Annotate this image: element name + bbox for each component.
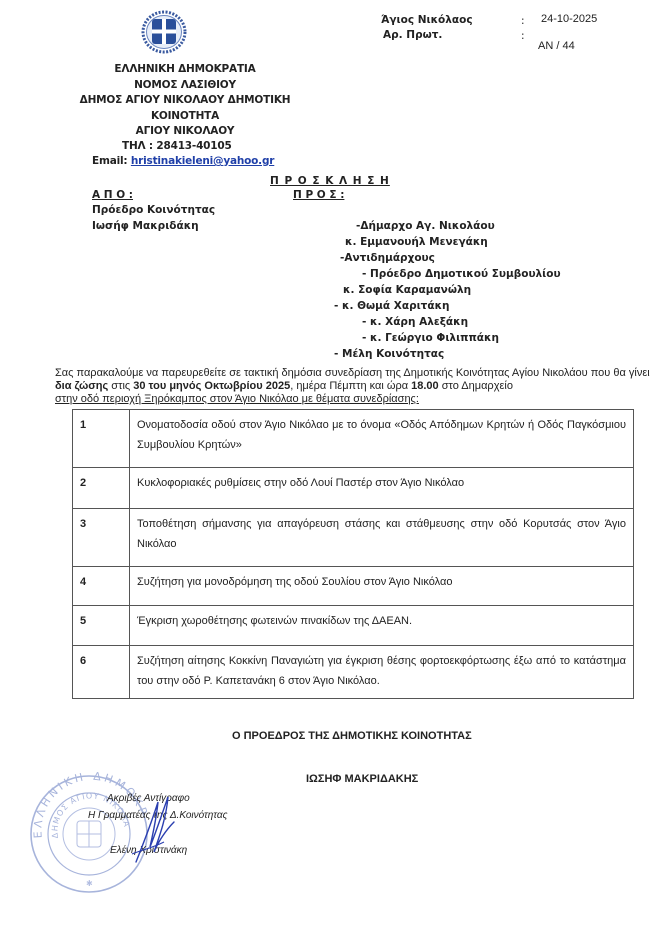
agenda-item-number: 5 — [73, 606, 130, 646]
meeting-location: στην οδό περιοχή Ξηρόκαμπος στον Άγιο Νι… — [55, 393, 419, 405]
svg-text:✱: ✱ — [86, 879, 93, 888]
from-block: Πρόεδρο Κοινότητας Ιωσήφ Μακριδάκη — [92, 203, 215, 234]
agenda-row: 3Τοποθέτηση σήμανσης για απαγόρευση στάσ… — [73, 509, 634, 567]
agenda-row: 2Κυκλοφοριακές ρυθμίσεις στην οδό Λουί Π… — [73, 468, 634, 509]
recipient: κ. Εμμανουήλ Μενεγάκη — [345, 236, 488, 248]
agenda-item-number: 6 — [73, 646, 130, 699]
recipient: - κ. Γεώργιο Φιλιππάκη — [362, 332, 499, 344]
recipient: -Δήμαρχο Αγ. Νικολάου — [356, 220, 495, 232]
agenda-item-number: 2 — [73, 468, 130, 509]
header-line: ΑΓΙΟΥ ΝΙΚΟΛΑΟΥ — [60, 124, 310, 140]
signatory-name: ΙΩΣΗΦ ΜΑΚΡΙΔΑΚΗΣ — [306, 773, 418, 785]
header-line: ΝΟΜΟΣ ΛΑΣΙΘΙΟΥ — [60, 78, 310, 94]
agenda-row: 5Έγκριση χωροθέτησης φωτεινών πινακίδων … — [73, 606, 634, 646]
protocol-separator: : — [521, 30, 525, 42]
agenda-item-number: 3 — [73, 509, 130, 567]
recipient: - Μέλη Κοινότητας — [334, 348, 444, 360]
invitation-paragraph: Σας παρακαλούμε να παρευρεθείτε σε τακτι… — [55, 367, 655, 406]
from-line: Πρόεδρο Κοινότητας — [92, 203, 215, 219]
agenda-row: 6Συζήτηση αίτησης Κοκκίνη Παναγιώτη για … — [73, 646, 634, 699]
header-line: ΚΟΙΝΟΤΗΤΑ — [60, 109, 310, 125]
from-line: Ιωσήφ Μακριδάκη — [92, 219, 215, 235]
header-line: ΔΗΜΟΣ ΑΓΙΟΥ ΝΙΚΟΛΑΟΥ ΔΗΜΟΤΙΚΗ — [60, 93, 310, 109]
agenda-item-text: Κυκλοφοριακές ρυθμίσεις στην οδό Λουί Πα… — [130, 468, 634, 509]
place-label: Άγιος Νικόλαος — [381, 14, 473, 26]
recipient: κ. Σοφία Καραμανώλη — [343, 284, 471, 296]
agenda-item-text: Τοποθέτηση σήμανσης για απαγόρευση στάση… — [130, 509, 634, 567]
issuer-header: ΕΛΛΗΝΙΚΗ ΔΗΜΟΚΡΑΤΙΑ ΝΟΜΟΣ ΛΑΣΙΘΙΟΥ ΔΗΜΟΣ… — [60, 62, 310, 140]
email-label: Email: — [92, 155, 127, 167]
email-link[interactable]: hristinakieleni@yahoo.gr — [131, 155, 274, 167]
recipient: - κ. Χάρη Αλεξάκη — [362, 316, 468, 328]
handwritten-signature-icon — [128, 792, 178, 867]
meeting-time: 18.00 — [411, 380, 439, 392]
document-date: 24-10-2025 — [541, 13, 597, 25]
email-line: Email: hristinakieleni@yahoo.gr — [92, 154, 274, 170]
recipient: - κ. Θωμά Χαριτάκη — [334, 300, 450, 312]
agenda-row: 4Συζήτηση για μονοδρόμηση της οδού Σουλί… — [73, 567, 634, 606]
agenda-item-number: 1 — [73, 410, 130, 468]
agenda-item-text: Συζήτηση για μονοδρόμηση της οδού Σουλίο… — [130, 567, 634, 606]
agenda-table: 1Ονοματοδοσία οδού στον Άγιο Νικόλαο με … — [72, 409, 634, 699]
from-label: Α Π Ο : — [92, 188, 133, 204]
greek-coat-of-arms-icon — [141, 10, 187, 54]
meeting-date: 30 του μηνός Οκτωβρίου 2025 — [133, 380, 290, 392]
place-separator: : — [521, 15, 525, 27]
protocol-number: ΑΝ / 44 — [538, 40, 575, 52]
agenda-item-text: Συζήτηση αίτησης Κοκκίνη Παναγιώτη για έ… — [130, 646, 634, 699]
agenda-item-text: Ονοματοδοσία οδού στον Άγιο Νικόλαο με τ… — [130, 410, 634, 468]
meeting-mode: δια ζώσης — [55, 380, 108, 392]
agenda-item-number: 4 — [73, 567, 130, 606]
signatory-title: Ο ΠΡΟΕΔΡΟΣ ΤΗΣ ΔΗΜΟΤΙΚΗΣ ΚΟΙΝΟΤΗΤΑΣ — [232, 730, 472, 742]
recipient: -Αντιδημάρχους — [340, 252, 435, 264]
to-label: Π Ρ Ο Σ : — [293, 188, 344, 204]
agenda-row: 1Ονοματοδοσία οδού στον Άγιο Νικόλαο με … — [73, 410, 634, 468]
header-line: ΕΛΛΗΝΙΚΗ ΔΗΜΟΚΡΑΤΙΑ — [60, 62, 310, 78]
protocol-label: Αρ. Πρωτ. — [383, 29, 442, 41]
agenda-item-text: Έγκριση χωροθέτησης φωτεινών πινακίδων τ… — [130, 606, 634, 646]
phone-number: ΤΗΛ : 28413-40105 — [122, 139, 232, 155]
recipient: - Πρόεδρο Δημοτικού Συμβουλίου — [362, 268, 561, 280]
